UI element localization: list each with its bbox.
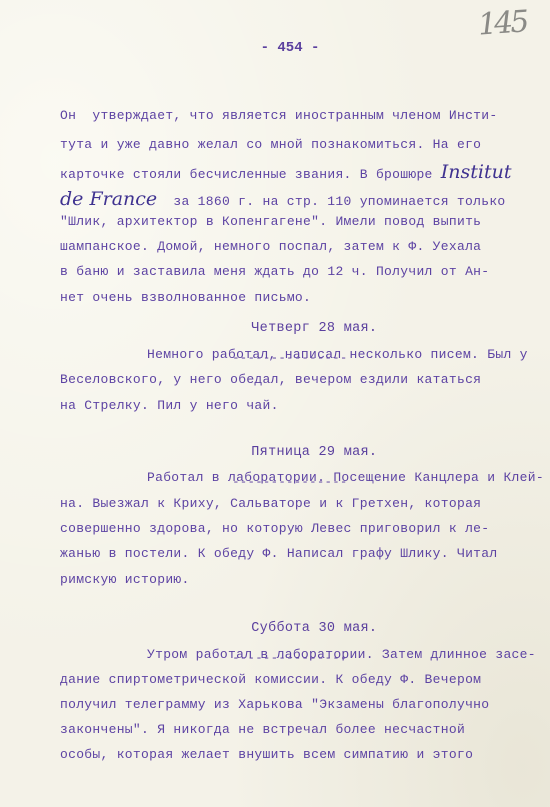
page-number: - 454 - bbox=[0, 40, 550, 56]
entry-date: Суббота 30 мая. bbox=[251, 621, 377, 636]
entry-date: Четверг 28 мая. bbox=[251, 321, 377, 336]
handwritten-insert: Institut bbox=[441, 161, 512, 183]
text-line: на Стрелку. Пил у него чай. bbox=[60, 398, 279, 413]
text-line: совершенно здорова, но которую Левес при… bbox=[60, 521, 489, 536]
text-line: особы, которая желает внушить всем симпа… bbox=[60, 747, 473, 762]
text-line: Он утверждает, что является иностранным … bbox=[60, 108, 497, 123]
text-line: шампанское. Домой, немного поспал, затем… bbox=[60, 239, 481, 254]
text-line: тута и уже давно желал со мной познакоми… bbox=[60, 137, 481, 152]
text-line: дание спиртометрической комиссии. К обед… bbox=[60, 672, 481, 687]
handwritten-insert: de France bbox=[60, 188, 157, 210]
text-line: нет очень взволнованное письмо. bbox=[60, 290, 311, 305]
text-line: в баню и заставила меня ждать до 12 ч. П… bbox=[60, 264, 489, 279]
text-line: "Шлик, архитектор в Копенгагене". Имели … bbox=[60, 214, 481, 229]
typed-text: за 1860 г. на стр. 110 упоминается тольк… bbox=[157, 194, 505, 209]
text-line: римскую историю. bbox=[60, 572, 190, 587]
typed-text: карточке стояли бесчисленные звания. В б… bbox=[60, 167, 441, 182]
text-line: Утром работал в лаборатории. Затем длинн… bbox=[147, 647, 536, 662]
text-line: Немного работал, написал несколько писем… bbox=[147, 347, 528, 362]
text-line: Веселовского, у него обедал, вечером езд… bbox=[60, 372, 481, 387]
text-line: закончены". Я никогда не встречал более … bbox=[60, 722, 465, 737]
archive-page-number: 145 bbox=[477, 4, 528, 42]
text-line: на. Выезжал к Криху, Сальваторе и к Грет… bbox=[60, 496, 481, 511]
text-line: карточке стояли бесчисленные звания. В б… bbox=[60, 161, 511, 183]
text-line: de France за 1860 г. на стр. 110 упомина… bbox=[60, 188, 506, 210]
text-line: жанью в постели. К обеду Ф. Написал граф… bbox=[60, 546, 497, 561]
document-page: 145 - 454 - Он утверждает, что является … bbox=[0, 0, 550, 807]
text-line: Работал в лаборатории. Посещение Канцлер… bbox=[147, 470, 544, 485]
text-line: получил телеграмму из Харькова "Экзамены… bbox=[60, 697, 489, 712]
entry-date: Пятница 29 мая. bbox=[251, 445, 377, 460]
